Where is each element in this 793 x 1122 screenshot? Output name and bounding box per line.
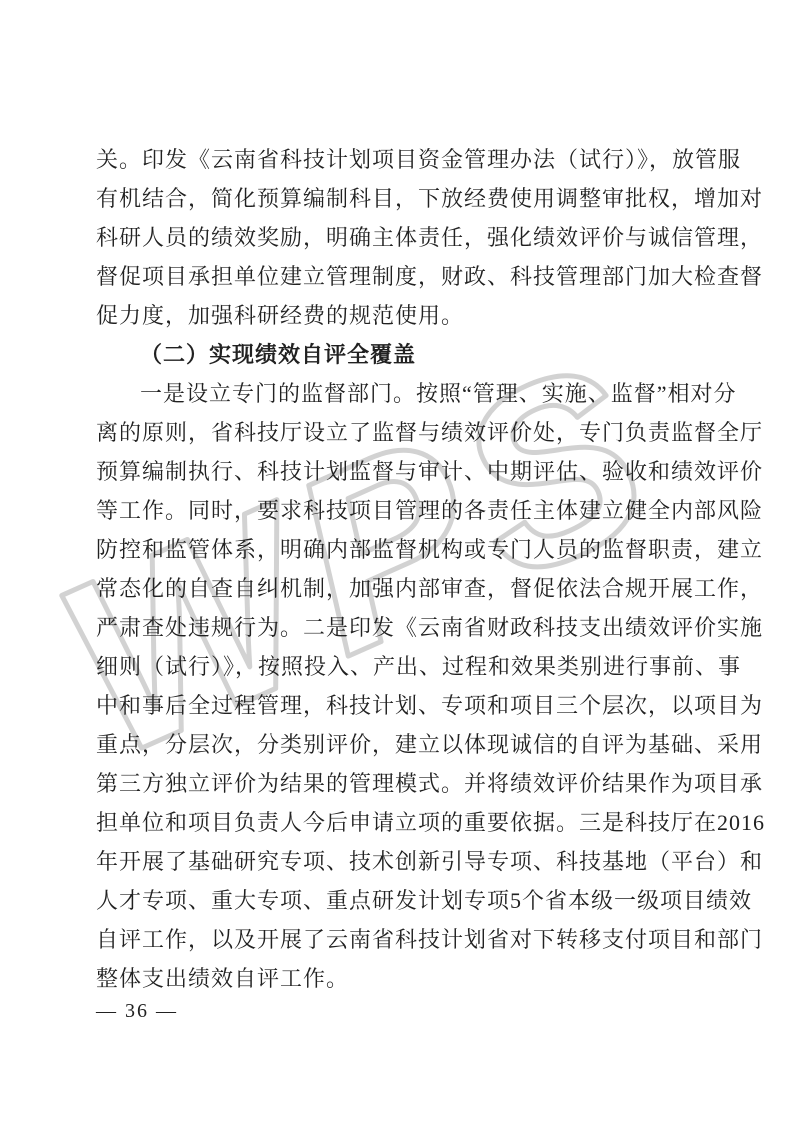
document-page: WPS 关。印发《云南省科技计划项目资金管理办法（试行）》，放管服有机结合，简化… [0, 0, 793, 1122]
text-line: 关。印发《云南省科技计划项目资金管理办法（试行）》，放管服 [96, 140, 707, 179]
text-line: 重点，分层次，分类别评价，建立以体现诚信的自评为基础、采用 [96, 725, 707, 764]
text-line: 年开展了基础研究专项、技术创新引导专项、科技基地（平台）和 [96, 842, 707, 881]
text-line: 督促项目承担单位建立管理制度，财政、科技管理部门加大检查督 [96, 257, 707, 296]
text-line: 担单位和项目负责人今后申请立项的重要依据。三是科技厅在2016 [96, 803, 707, 842]
text-line: 常态化的自查自纠机制，加强内部审查，督促依法合规开展工作， [96, 569, 707, 608]
text-line: 防控和监管体系，明确内部监督机构或专门人员的监督职责，建立 [96, 530, 707, 569]
text-line: 细则（试行）》，按照投入、产出、过程和效果类别进行事前、事 [96, 647, 707, 686]
text-line: 自评工作，以及开展了云南省科技计划省对下转移支付项目和部门 [96, 920, 707, 959]
text-line: 离的原则，省科技厅设立了监督与绩效评价处，专门负责监督全厅 [96, 413, 707, 452]
text-line: 人才专项、重大专项、重点研发计划专项5个省本级一级项目绩效 [96, 881, 707, 920]
text-line: 有机结合，简化预算编制科目，下放经费使用调整审批权，增加对 [96, 179, 707, 218]
text-line: 促力度，加强科研经费的规范使用。 [96, 296, 707, 335]
section-heading: （二）实现绩效自评全覆盖 [96, 335, 707, 374]
text-line: 第三方独立评价为结果的管理模式。并将绩效评价结果作为项目承 [96, 764, 707, 803]
document-body: 关。印发《云南省科技计划项目资金管理办法（试行）》，放管服有机结合，简化预算编制… [96, 140, 707, 998]
text-line: 中和事后全过程管理，科技计划、专项和项目三个层次，以项目为 [96, 686, 707, 725]
text-line: 严肃查处违规行为。二是印发《云南省财政科技支出绩效评价实施 [96, 608, 707, 647]
text-line: 整体支出绩效自评工作。 [96, 959, 707, 998]
text-line: 预算编制执行、科技计划监督与审计、中期评估、验收和绩效评价 [96, 452, 707, 491]
text-line: 等工作。同时，要求科技项目管理的各责任主体建立健全内部风险 [96, 491, 707, 530]
text-line: 一是设立专门的监督部门。按照“管理、实施、监督”相对分 [96, 374, 707, 413]
page-number: — 36 — [96, 999, 178, 1023]
text-line: 科研人员的绩效奖励，明确主体责任，强化绩效评价与诚信管理， [96, 218, 707, 257]
